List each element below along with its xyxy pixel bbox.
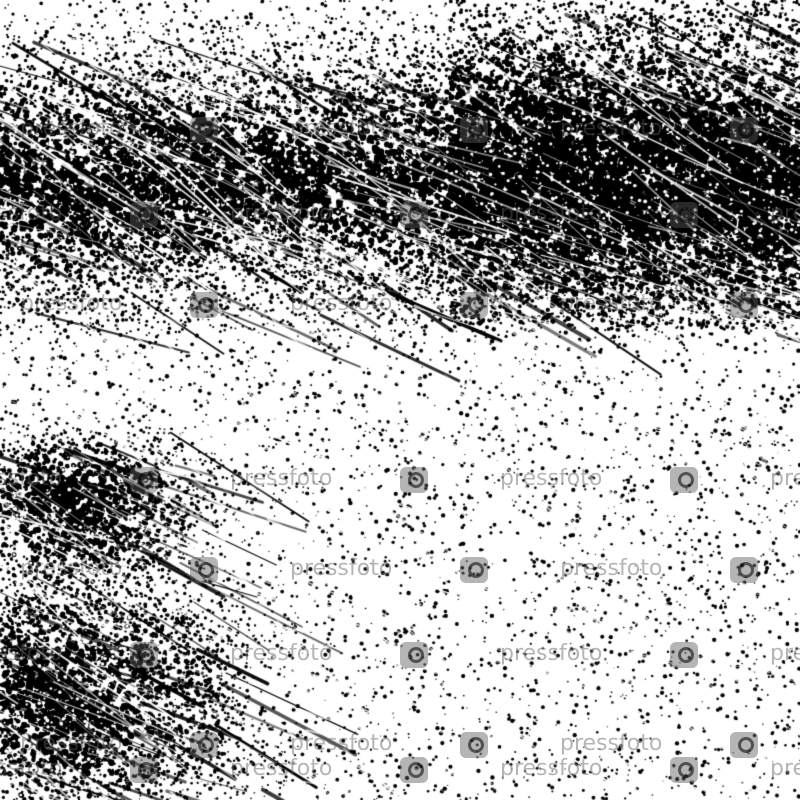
texture-canvas [0,0,800,800]
grunge-texture-image: pressfotopressfotopressfotopressfotopres… [0,0,800,800]
